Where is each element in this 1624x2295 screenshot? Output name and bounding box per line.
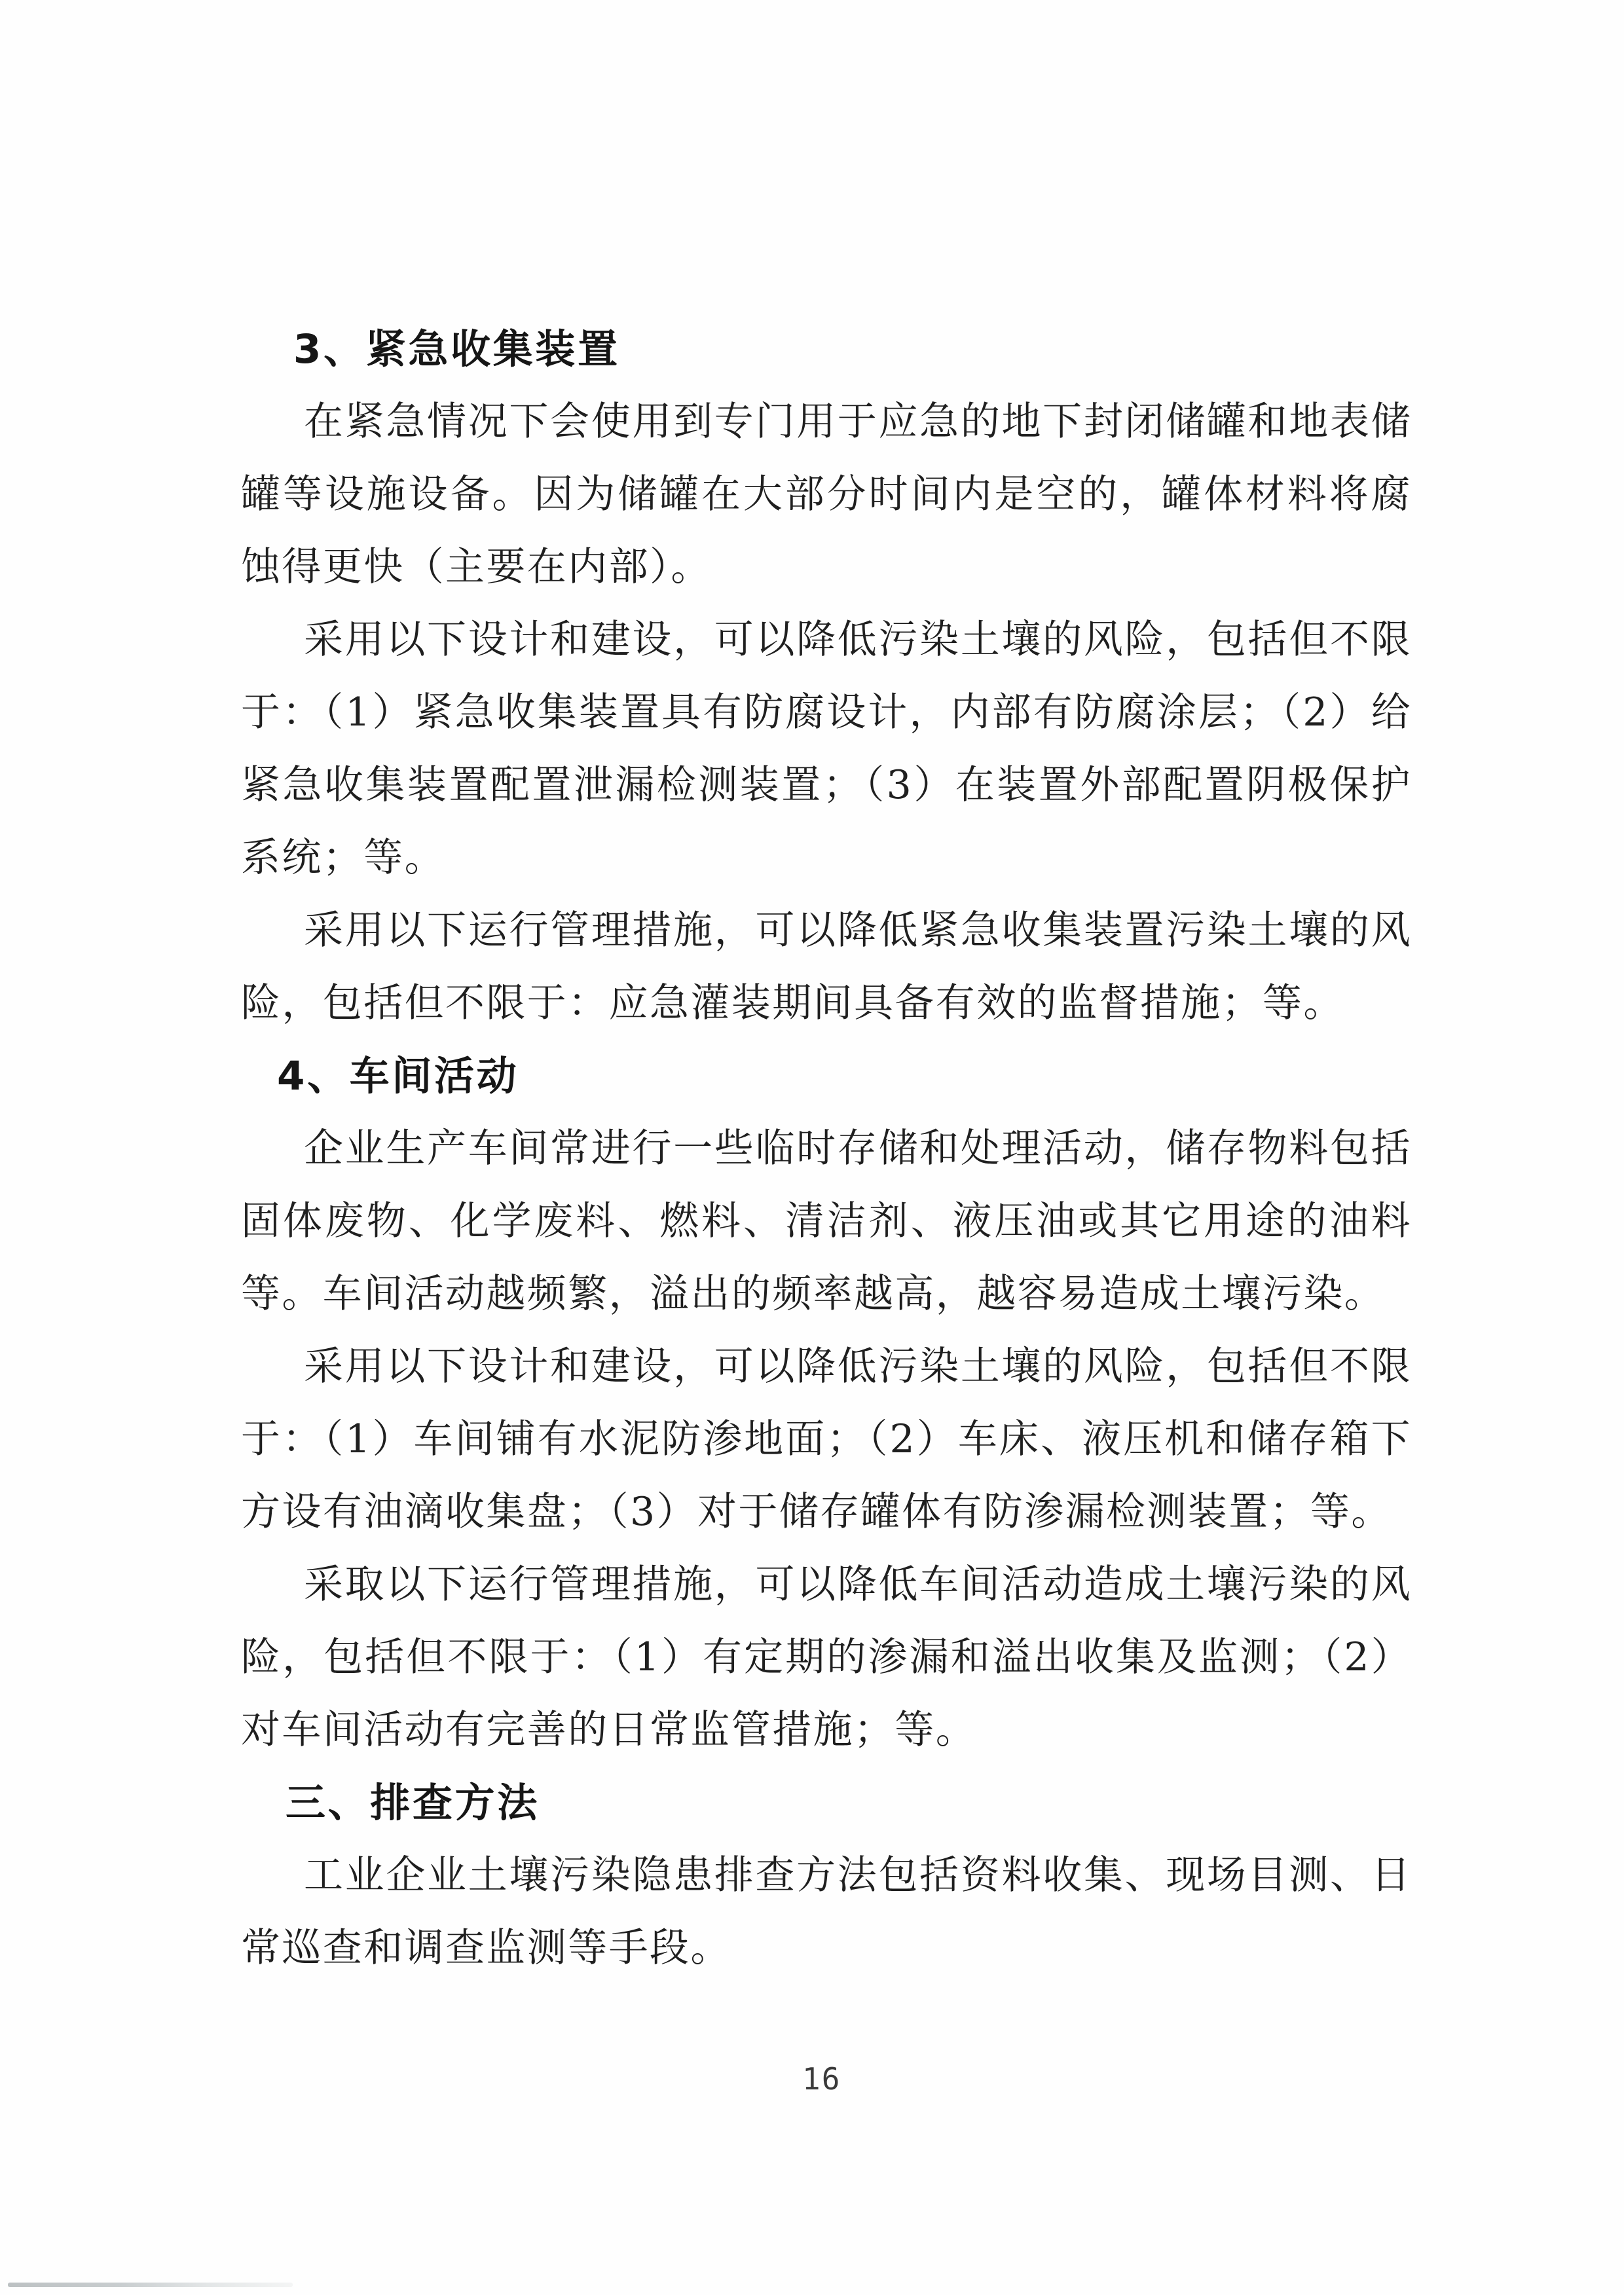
section-heading-investigation-methods: 三、排查方法 [286, 1767, 1412, 1839]
paragraph-emergency-tanks-intro: 在紧急情况下会使用到专门用于应急的地下封闭储罐和地表储罐等设施设备。因为储罐在大… [241, 386, 1412, 604]
document-body: 3、紧急收集装置 在紧急情况下会使用到专门用于应急的地下封闭储罐和地表储罐等设施… [241, 313, 1412, 1985]
page-number: 16 [802, 2061, 841, 2097]
paragraph-workshop-design-measures: 采用以下设计和建设，可以降低污染土壤的风险，包括但不限于：（1）车间铺有水泥防渗… [241, 1331, 1412, 1549]
paragraph-emergency-operation-measures: 采用以下运行管理措施，可以降低紧急收集装置污染土壤的风险，包括但不限于：应急灌装… [241, 894, 1412, 1040]
paragraph-workshop-intro: 企业生产车间常进行一些临时存储和处理活动，储存物料包括固体废物、化学废料、燃料、… [241, 1112, 1412, 1331]
scan-edge-artifact [8, 2283, 293, 2287]
section-heading-workshop-activities: 4、车间活动 [277, 1040, 1412, 1112]
paragraph-investigation-methods-intro: 工业企业土壤污染隐患排查方法包括资料收集、现场目测、日常巡查和调查监测等手段。 [241, 1839, 1412, 1985]
paragraph-emergency-design-measures: 采用以下设计和建设，可以降低污染土壤的风险，包括但不限于：（1）紧急收集装置具有… [241, 604, 1412, 894]
section-heading-emergency-collection-device: 3、紧急收集装置 [293, 313, 1412, 386]
paragraph-workshop-operation-measures: 采取以下运行管理措施，可以降低车间活动造成土壤污染的风险，包括但不限于：（1）有… [241, 1549, 1412, 1767]
scanned-document-page: 3、紧急收集装置 在紧急情况下会使用到专门用于应急的地下封闭储罐和地表储罐等设施… [0, 0, 1624, 2295]
